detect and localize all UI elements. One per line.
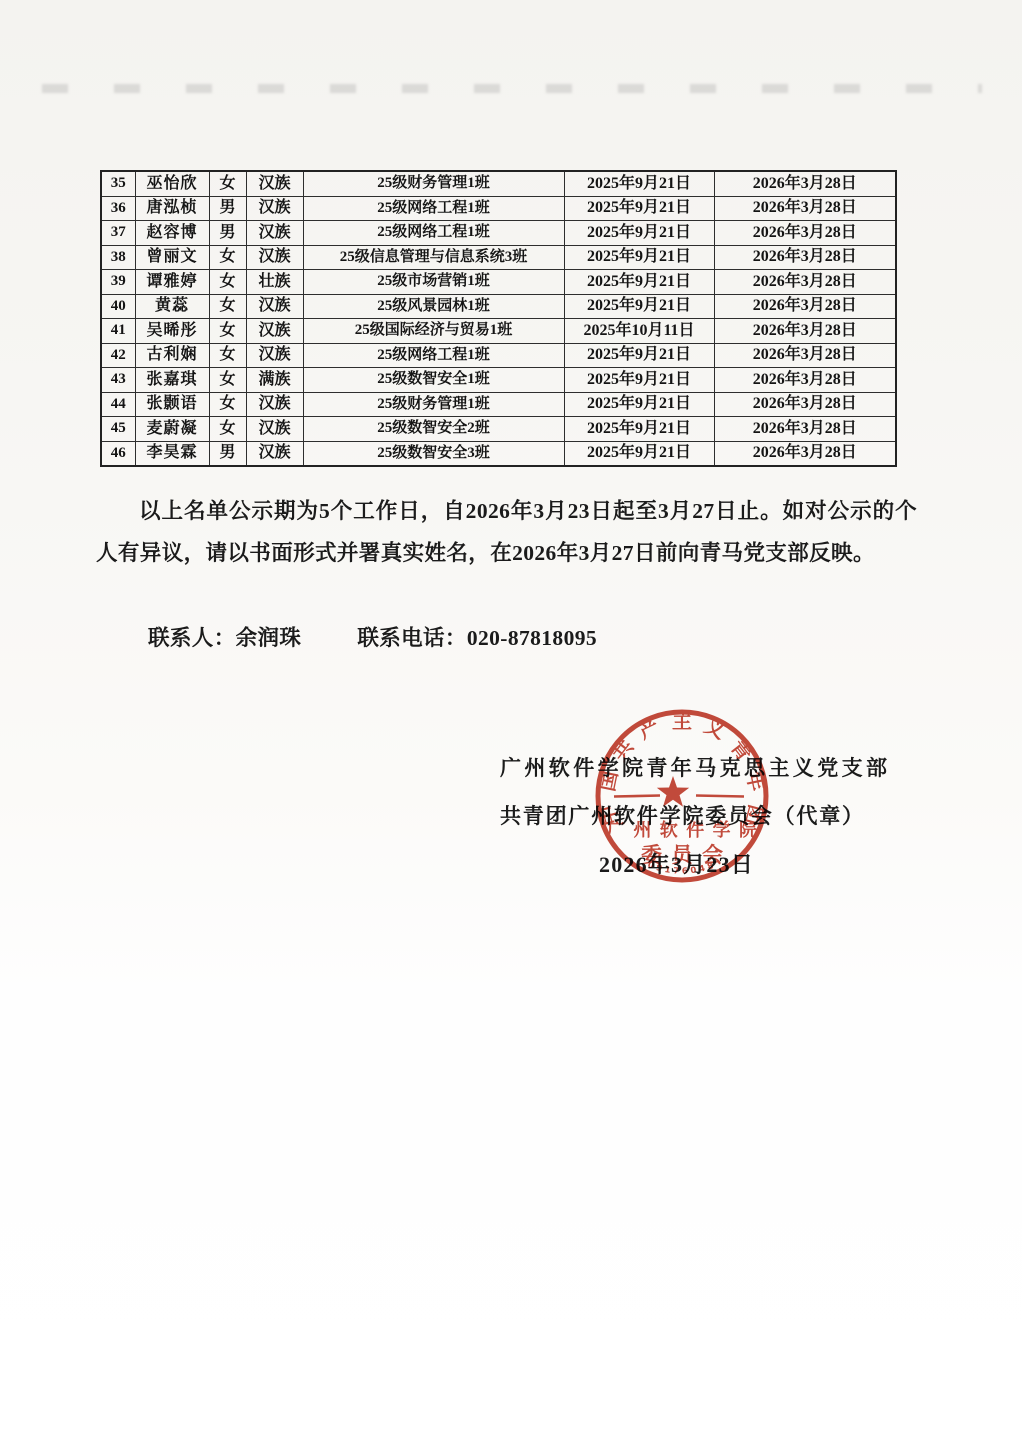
cell-start-date: 2025年10月11日 [564, 319, 714, 344]
cell-gender: 女 [209, 417, 246, 442]
cell-row-number: 44 [101, 392, 135, 417]
cell-start-date: 2025年9月21日 [564, 392, 714, 417]
cell-start-date: 2025年9月21日 [564, 245, 714, 270]
cell-end-date: 2026年3月28日 [714, 294, 896, 319]
cell-row-number: 41 [101, 319, 135, 344]
cell-name: 张颢语 [135, 392, 209, 417]
cell-name: 古利娴 [135, 343, 209, 368]
cell-name: 张嘉琪 [135, 368, 209, 393]
cell-end-date: 2026年3月28日 [714, 343, 896, 368]
table-row: 39谭雅婷女壮族25级市场营销1班2025年9月21日2026年3月28日 [101, 270, 896, 295]
cell-end-date: 2026年3月28日 [714, 368, 896, 393]
cell-class-name: 25级数智安全3班 [303, 441, 564, 466]
contact-person: 联系人：余润珠 [148, 626, 301, 650]
cell-class-name: 25级风景园林1班 [303, 294, 564, 319]
cell-start-date: 2025年9月21日 [564, 196, 714, 221]
table-row: 36唐泓桢男汉族25级网络工程1班2025年9月21日2026年3月28日 [101, 196, 896, 221]
cell-row-number: 43 [101, 368, 135, 393]
cell-end-date: 2026年3月28日 [714, 221, 896, 246]
cell-class-name: 25级网络工程1班 [303, 343, 564, 368]
cell-class-name: 25级财务管理1班 [303, 171, 564, 196]
signature-org-line1: 广州软件学院青年马克思主义党支部 [500, 752, 890, 782]
cell-gender: 女 [209, 343, 246, 368]
cell-start-date: 2025年9月21日 [564, 343, 714, 368]
cell-row-number: 35 [101, 171, 135, 196]
cell-ethnicity: 汉族 [246, 221, 303, 246]
cell-ethnicity: 汉族 [246, 319, 303, 344]
notice-paragraph: 以上名单公示期为5个工作日，自2026年3月23日起至3月27日止。如对公示的个… [96, 491, 917, 574]
table-row: 44张颢语女汉族25级财务管理1班2025年9月21日2026年3月28日 [101, 392, 896, 417]
scan-artifact-band [42, 84, 982, 93]
signature-org-line2: 共青团广州软件学院委员会（代章） [500, 800, 865, 830]
signature-date: 2026年3月23日 [599, 848, 754, 879]
cell-gender: 男 [209, 221, 246, 246]
cell-class-name: 25级市场营销1班 [303, 270, 564, 295]
cell-class-name: 25级数智安全2班 [303, 417, 564, 442]
cell-name: 吴晞彤 [135, 319, 209, 344]
cell-end-date: 2026年3月28日 [714, 417, 896, 442]
cell-name: 唐泓桢 [135, 196, 209, 221]
cell-start-date: 2025年9月21日 [564, 441, 714, 466]
cell-name: 谭雅婷 [135, 270, 209, 295]
cell-ethnicity: 汉族 [246, 392, 303, 417]
cell-name: 赵容博 [135, 221, 209, 246]
cell-start-date: 2025年9月21日 [564, 270, 714, 295]
cell-end-date: 2026年3月28日 [714, 196, 896, 221]
cell-start-date: 2025年9月21日 [564, 368, 714, 393]
cell-class-name: 25级网络工程1班 [303, 196, 564, 221]
table-row: 41吴晞彤女汉族25级国际经济与贸易1班2025年10月11日2026年3月28… [101, 319, 896, 344]
cell-start-date: 2025年9月21日 [564, 417, 714, 442]
cell-end-date: 2026年3月28日 [714, 245, 896, 270]
table-row: 42古利娴女汉族25级网络工程1班2025年9月21日2026年3月28日 [101, 343, 896, 368]
cell-end-date: 2026年3月28日 [714, 441, 896, 466]
cell-gender: 男 [209, 196, 246, 221]
cell-ethnicity: 汉族 [246, 294, 303, 319]
cell-class-name: 25级国际经济与贸易1班 [303, 319, 564, 344]
cell-gender: 女 [209, 392, 246, 417]
cell-ethnicity: 汉族 [246, 171, 303, 196]
cell-start-date: 2025年9月21日 [564, 294, 714, 319]
cell-name: 巫怡欣 [135, 171, 209, 196]
cell-row-number: 45 [101, 417, 135, 442]
cell-row-number: 37 [101, 221, 135, 246]
cell-gender: 女 [209, 270, 246, 295]
seal-right-dash [696, 796, 744, 797]
table-row: 38曾丽文女汉族25级信息管理与信息系统3班2025年9月21日2026年3月2… [101, 245, 896, 270]
cell-name: 麦蔚凝 [135, 417, 209, 442]
cell-gender: 女 [209, 294, 246, 319]
cell-ethnicity: 满族 [246, 368, 303, 393]
cell-name: 黄蕊 [135, 294, 209, 319]
cell-end-date: 2026年3月28日 [714, 171, 896, 196]
seal-left-dash [614, 796, 660, 797]
cell-row-number: 40 [101, 294, 135, 319]
cell-ethnicity: 汉族 [246, 417, 303, 442]
cell-start-date: 2025年9月21日 [564, 221, 714, 246]
cell-start-date: 2025年9月21日 [564, 171, 714, 196]
table-row: 46李昊霖男汉族25级数智安全3班2025年9月21日2026年3月28日 [101, 441, 896, 466]
cell-name: 李昊霖 [135, 441, 209, 466]
cell-row-number: 38 [101, 245, 135, 270]
cell-row-number: 36 [101, 196, 135, 221]
cell-row-number: 42 [101, 343, 135, 368]
cell-class-name: 25级数智安全1班 [303, 368, 564, 393]
cell-ethnicity: 汉族 [246, 343, 303, 368]
cell-row-number: 46 [101, 441, 135, 466]
cell-class-name: 25级财务管理1班 [303, 392, 564, 417]
contact-line: 联系人：余润珠联系电话：020-87818095 [148, 621, 597, 652]
cell-class-name: 25级网络工程1班 [303, 221, 564, 246]
cell-end-date: 2026年3月28日 [714, 270, 896, 295]
cell-end-date: 2026年3月28日 [714, 319, 896, 344]
cell-ethnicity: 汉族 [246, 196, 303, 221]
cell-end-date: 2026年3月28日 [714, 392, 896, 417]
table-row: 40黄蕊女汉族25级风景园林1班2025年9月21日2026年3月28日 [101, 294, 896, 319]
cell-gender: 女 [209, 368, 246, 393]
cell-ethnicity: 汉族 [246, 245, 303, 270]
cell-class-name: 25级信息管理与信息系统3班 [303, 245, 564, 270]
document-page: 35巫怡欣女汉族25级财务管理1班2025年9月21日2026年3月28日36唐… [0, 0, 1022, 1432]
cell-ethnicity: 壮族 [246, 270, 303, 295]
table-row: 43张嘉琪女满族25级数智安全1班2025年9月21日2026年3月28日 [101, 368, 896, 393]
table-row: 45麦蔚凝女汉族25级数智安全2班2025年9月21日2026年3月28日 [101, 417, 896, 442]
table-row: 35巫怡欣女汉族25级财务管理1班2025年9月21日2026年3月28日 [101, 171, 896, 196]
cell-gender: 男 [209, 441, 246, 466]
table-row: 37赵容博男汉族25级网络工程1班2025年9月21日2026年3月28日 [101, 221, 896, 246]
roster-table: 35巫怡欣女汉族25级财务管理1班2025年9月21日2026年3月28日36唐… [100, 170, 897, 467]
cell-ethnicity: 汉族 [246, 441, 303, 466]
cell-gender: 女 [209, 319, 246, 344]
roster-table-body: 35巫怡欣女汉族25级财务管理1班2025年9月21日2026年3月28日36唐… [101, 171, 896, 466]
cell-gender: 女 [209, 245, 246, 270]
cell-row-number: 39 [101, 270, 135, 295]
cell-name: 曾丽文 [135, 245, 209, 270]
cell-gender: 女 [209, 171, 246, 196]
contact-phone: 联系电话：020-87818095 [357, 626, 597, 650]
